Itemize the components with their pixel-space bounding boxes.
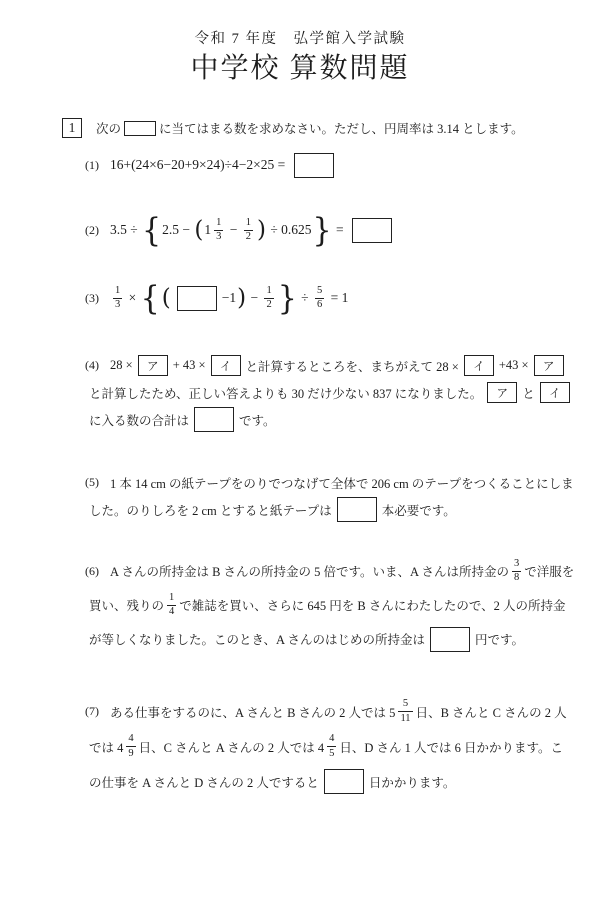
text-run: 日、B さんと C さんの 2 人: [416, 703, 567, 721]
fraction: 12: [244, 218, 253, 243]
fraction: 13: [214, 218, 223, 243]
parenthesis: (: [193, 217, 204, 243]
question-1-formula: 16+(24×6−20+9×24)÷4−2×25 =: [110, 153, 339, 178]
text-run: ある仕事をするのに、A さんと B さんの 2 人では 5: [110, 703, 395, 721]
question-2-line-1: (2) 3.5 ÷ {2.5 − (113 − 12) ÷ 0.625} =: [0, 208, 600, 252]
labeled-answer-box: ア: [487, 382, 517, 403]
curly-brace: {: [141, 211, 162, 249]
fraction-numerator: 3: [512, 559, 521, 571]
question-4-text-2: と計算したため、正しい答えよりも 30 だけ少ない 837 になりました。アとイ: [89, 382, 575, 403]
fraction-denominator: 8: [512, 571, 521, 584]
fraction-denominator: 11: [398, 711, 412, 724]
question-2-formula: 3.5 ÷ {2.5 − (113 − 12) ÷ 0.625} =: [110, 213, 397, 248]
question-7-text-1: ある仕事をするのに、A さんと B さんの 2 人では 5511日、B さんと …: [110, 699, 567, 724]
blank-box: [124, 121, 156, 136]
text-run: 28 ×: [110, 358, 133, 373]
fraction-numerator: 1: [113, 286, 122, 298]
answer-box: [294, 153, 334, 178]
question-5: (5) 1 本 14 cm の紙テープをのりでつなげて全体で 206 cm のテ…: [0, 469, 600, 523]
question-3-label: (3): [85, 291, 110, 306]
text-run: 次の: [96, 119, 121, 137]
curly-brace: }: [312, 211, 333, 249]
fraction-numerator: 4: [327, 734, 336, 746]
text-run: 日、C さんと A さんの 2 人では 4: [139, 738, 324, 756]
question-5-line-2: した。のりしろを 2 cm とすると紙テープは本必要です。: [0, 496, 600, 523]
text-run: 買い、残りの: [89, 596, 164, 614]
question-6-line-3: が等しくなりました。このとき、A さんのはじめの所持金は円です。: [0, 622, 600, 656]
labeled-answer-box: ア: [138, 355, 168, 376]
text-run: で雑誌を買い、さらに 645 円を B さんにわたしたので、2 人の所持金: [179, 596, 565, 614]
question-4-label: (4): [85, 358, 110, 373]
fraction-numerator: 1: [167, 593, 176, 605]
question-6-text-1: A さんの所持金は B さんの所持金の 5 倍です。いま、A さんは所持金の38…: [110, 559, 574, 584]
text-run: −1: [222, 290, 236, 306]
text-run: した。のりしろを 2 cm とすると紙テープは: [89, 501, 332, 519]
parenthesis: ): [236, 285, 247, 311]
text-run: と計算するところを、まちがえて 28 ×: [246, 357, 459, 375]
problem-1-instruction: 次のに当てはまる数を求めなさい。ただし、円周率は 3.14 とします。: [96, 119, 524, 137]
question-7-line-3: の仕事を A さんと D さんの 2 人ですると日かかります。: [0, 764, 600, 799]
question-1-label: (1): [85, 158, 110, 173]
text-run: 1: [204, 222, 211, 238]
question-5-text-2: した。のりしろを 2 cm とすると紙テープは本必要です。: [89, 497, 456, 522]
parenthesis: (: [161, 285, 172, 311]
problem-number-box: 1: [62, 118, 82, 138]
fraction-numerator: 1: [244, 218, 253, 230]
text-run: 円です。: [475, 630, 524, 648]
answer-box: [430, 627, 470, 652]
answer-box: [324, 769, 364, 794]
text-run: の仕事を A さんと D さんの 2 人ですると: [89, 773, 319, 791]
text-run: + 43 ×: [173, 358, 206, 373]
exam-year-line: 令和 7 年度 弘学館入学試験: [0, 30, 600, 48]
fraction-numerator: 1: [264, 286, 273, 298]
fraction-numerator: 5: [401, 699, 410, 711]
curly-brace: }: [277, 279, 298, 317]
fraction: 511: [398, 699, 412, 724]
question-6-line-2: 買い、残りの14で雑誌を買い、さらに 645 円を B さんにわたしたので、2 …: [0, 588, 600, 622]
answer-box: [352, 218, 392, 243]
question-7-text-3: の仕事を A さんと D さんの 2 人ですると日かかります。: [89, 769, 455, 794]
answer-box: [194, 407, 234, 432]
text-run: = 1: [327, 290, 348, 306]
fraction: 12: [264, 286, 273, 311]
problem-1-header: 1 次のに当てはまる数を求めなさい。ただし、円周率は 3.14 とします。: [0, 118, 600, 138]
question-4-line-1: (4) 28 ×ア+ 43 ×イと計算するところを、まちがえて 28 ×イ+43…: [0, 352, 600, 379]
fraction: 45: [327, 734, 336, 759]
question-3-formula: 13 × {(−1) − 12} ÷ 56 = 1: [110, 281, 348, 316]
question-6-line-1: (6) A さんの所持金は B さんの所持金の 5 倍です。いま、A さんは所持…: [0, 554, 600, 588]
question-6-label: (6): [85, 564, 110, 579]
labeled-answer-box: ア: [534, 355, 564, 376]
text-run: と: [522, 384, 535, 402]
curly-brace: {: [140, 279, 161, 317]
labeled-answer-box: イ: [464, 355, 494, 376]
question-7-label: (7): [85, 704, 110, 719]
labeled-answer-box: イ: [540, 382, 570, 403]
text-run: 3.5 ÷: [110, 222, 141, 238]
text-run: で洋服を: [524, 562, 574, 580]
text-run: −: [247, 290, 261, 306]
fraction: 49: [126, 734, 135, 759]
fraction-numerator: 4: [126, 734, 135, 746]
text-run: では 4: [89, 738, 123, 756]
text-run: =: [333, 222, 347, 238]
text-run: 日かかります。: [369, 773, 456, 791]
question-5-text-1: 1 本 14 cm の紙テープをのりでつなげて全体で 206 cm のテープをつ…: [110, 474, 574, 492]
answer-box: [177, 286, 217, 311]
text-run: に当てはまる数を求めなさい。ただし、円周率は 3.14 とします。: [159, 119, 524, 137]
text-run: です。: [239, 411, 276, 429]
text-run: 2.5 −: [162, 222, 193, 238]
text-run: 16+(24×6−20+9×24)÷4−2×25 =: [110, 157, 289, 173]
fraction-denominator: 3: [214, 230, 223, 243]
text-run: A さんの所持金は B さんの所持金の 5 倍です。いま、A さんは所持金の: [110, 562, 509, 580]
fraction: 38: [512, 559, 521, 584]
parenthesis: ): [256, 217, 267, 243]
fraction-numerator: 1: [214, 218, 223, 230]
fraction-denominator: 4: [167, 605, 176, 618]
question-4-line-3: に入る数の合計はです。: [0, 406, 600, 433]
fraction-numerator: 5: [315, 286, 324, 298]
question-7-line-1: (7) ある仕事をするのに、A さんと B さんの 2 人では 5511日、B …: [0, 694, 600, 729]
fraction-denominator: 9: [126, 746, 135, 759]
text-run: −: [226, 222, 240, 238]
fraction-denominator: 3: [113, 298, 122, 311]
text-run: ÷ 0.625: [267, 222, 312, 238]
text-run: +43 ×: [499, 358, 529, 373]
question-4-text-1: 28 ×ア+ 43 ×イと計算するところを、まちがえて 28 ×イ+43 ×ア: [110, 355, 569, 376]
question-7-line-2: では 449日、C さんと A さんの 2 人では 445日、D さん 1 人で…: [0, 729, 600, 764]
question-4-text-3: に入る数の合計はです。: [89, 407, 276, 432]
exam-page: 令和 7 年度 弘学館入学試験 中学校 算数問題 1 次のに当てはまる数を求めな…: [0, 0, 600, 900]
question-5-line-1: (5) 1 本 14 cm の紙テープをのりでつなげて全体で 206 cm のテ…: [0, 469, 600, 496]
question-1-line-1: (1) 16+(24×6−20+9×24)÷4−2×25 =: [0, 150, 600, 180]
question-5-label: (5): [85, 475, 110, 490]
page-title: 中学校 算数問題: [0, 52, 600, 86]
labeled-answer-box: イ: [211, 355, 241, 376]
fraction: 56: [315, 286, 324, 311]
question-6: (6) A さんの所持金は B さんの所持金の 5 倍です。いま、A さんは所持…: [0, 554, 600, 656]
question-2: (2) 3.5 ÷ {2.5 − (113 − 12) ÷ 0.625} =: [0, 208, 600, 252]
text-run: ÷: [298, 290, 312, 306]
text-run: 日、D さん 1 人では 6 日かかります。こ: [339, 738, 563, 756]
question-4: (4) 28 ×ア+ 43 ×イと計算するところを、まちがえて 28 ×イ+43…: [0, 352, 600, 433]
fraction-denominator: 6: [315, 298, 324, 311]
fraction-denominator: 2: [264, 298, 273, 311]
text-run: ×: [125, 290, 139, 306]
question-6-text-2: 買い、残りの14で雑誌を買い、さらに 645 円を B さんにわたしたので、2 …: [89, 593, 565, 618]
question-2-label: (2): [85, 223, 110, 238]
question-7: (7) ある仕事をするのに、A さんと B さんの 2 人では 5511日、B …: [0, 694, 600, 799]
text-run: と計算したため、正しい答えよりも 30 だけ少ない 837 になりました。: [89, 384, 482, 402]
question-3: (3) 13 × {(−1) − 12} ÷ 56 = 1: [0, 276, 600, 320]
text-run: が等しくなりました。このとき、A さんのはじめの所持金は: [89, 630, 425, 648]
question-1: (1) 16+(24×6−20+9×24)÷4−2×25 =: [0, 150, 600, 180]
fraction-denominator: 5: [327, 746, 336, 759]
question-7-text-2: では 449日、C さんと A さんの 2 人では 445日、D さん 1 人で…: [89, 734, 563, 759]
fraction-denominator: 2: [244, 230, 253, 243]
answer-box: [337, 497, 377, 522]
text-run: 1 本 14 cm の紙テープをのりでつなげて全体で 206 cm のテープをつ…: [110, 474, 574, 492]
fraction: 13: [113, 286, 122, 311]
text-run: 本必要です。: [382, 501, 456, 519]
question-3-line-1: (3) 13 × {(−1) − 12} ÷ 56 = 1: [0, 276, 600, 320]
question-6-text-3: が等しくなりました。このとき、A さんのはじめの所持金は円です。: [89, 627, 524, 652]
question-4-line-2: と計算したため、正しい答えよりも 30 だけ少ない 837 になりました。アとイ: [0, 379, 600, 406]
text-run: に入る数の合計は: [89, 411, 189, 429]
fraction: 14: [167, 593, 176, 618]
